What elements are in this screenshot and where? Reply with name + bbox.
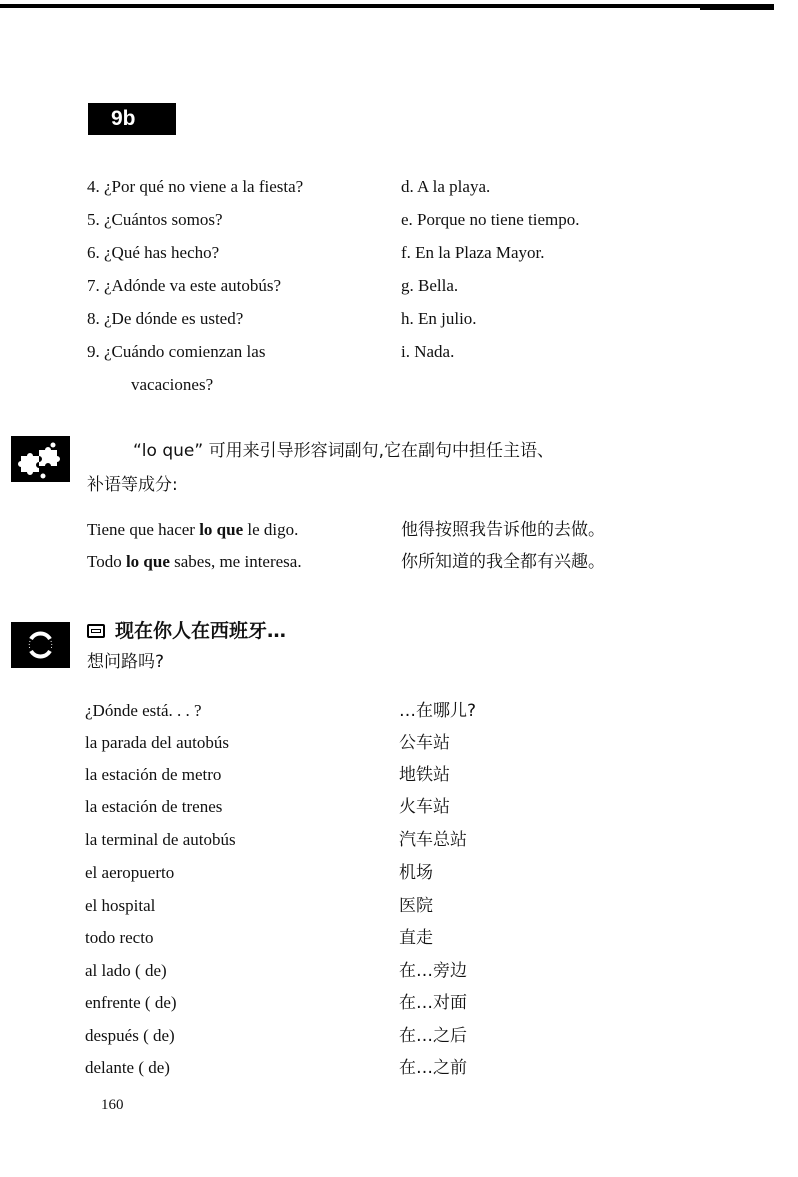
vocab-es-5: la terminal de autobús — [85, 830, 236, 850]
section-heading-text: 现在你人在西班牙… — [115, 618, 286, 644]
vocab-es-6: el aeropuerto — [85, 863, 174, 883]
vocab-zh-9: 在…旁边 — [399, 961, 467, 981]
example-bold: lo que — [126, 552, 170, 571]
section-heading: 现在你人在西班牙… — [87, 618, 286, 644]
vocab-zh-12: 在…之前 — [399, 1058, 467, 1078]
example-es-2: Todo lo que sabes, me interesa. — [87, 552, 302, 572]
vocab-zh-1: …在哪儿? — [399, 701, 476, 721]
answer-g: g. Bella. — [401, 276, 458, 296]
vocab-zh-4: 火车站 — [399, 797, 450, 817]
answer-d: d. A la playa. — [401, 177, 490, 197]
vocab-es-9: al lado ( de) — [85, 961, 167, 981]
section-subheading: 想问路吗? — [87, 650, 164, 674]
question-8: 8. ¿De dónde es usted? — [87, 309, 243, 329]
example-text: Todo — [87, 552, 126, 571]
question-7: 7. ¿Adónde va este autobús? — [87, 276, 281, 296]
example-es-1: Tiene que hacer lo que le digo. — [87, 520, 298, 540]
vocab-zh-10: 在…对面 — [399, 993, 467, 1013]
section-badge: 9b — [88, 103, 176, 135]
answer-e: e. Porque no tiene tiempo. — [401, 210, 579, 230]
example-zh-2: 你所知道的我全都有兴趣。 — [401, 552, 605, 572]
vocab-zh-11: 在…之后 — [399, 1026, 467, 1046]
vocab-es-3: la estación de metro — [85, 765, 221, 785]
puzzle-icon — [11, 436, 70, 482]
vocab-es-8: todo recto — [85, 928, 153, 948]
example-text: sabes, me interesa. — [170, 552, 302, 571]
example-text: le digo. — [243, 520, 298, 539]
vocab-es-10: enfrente ( de) — [85, 993, 177, 1013]
question-9-continuation: vacaciones? — [131, 375, 213, 395]
question-6: 6. ¿Qué has hecho? — [87, 243, 219, 263]
vocab-zh-2: 公车站 — [399, 733, 450, 753]
vocab-es-4: la estación de trenes — [85, 797, 222, 817]
example-text: Tiene que hacer — [87, 520, 199, 539]
question-9: 9. ¿Cuándo comienzan las — [87, 342, 265, 362]
vocab-es-12: delante ( de) — [85, 1058, 170, 1078]
answer-i: i. Nada. — [401, 342, 454, 362]
vocab-es-11: después ( de) — [85, 1026, 175, 1046]
vocab-es-7: el hospital — [85, 896, 155, 916]
cassette-icon — [87, 624, 105, 638]
vocab-es-2: la parada del autobús — [85, 733, 229, 753]
vocab-zh-6: 机场 — [399, 863, 433, 883]
example-bold: lo que — [199, 520, 243, 539]
page-number: 160 — [101, 1097, 124, 1114]
vocab-es-1: ¿Dónde está. . . ? — [85, 701, 202, 721]
vocab-zh-5: 汽车总站 — [399, 830, 467, 850]
vocab-zh-8: 直走 — [399, 928, 433, 948]
top-rule — [0, 4, 774, 8]
question-4: 4. ¿Por qué no viene a la fiesta? — [87, 177, 303, 197]
circle-arrows-icon — [11, 622, 70, 668]
example-zh-1: 他得按照我告诉他的去做。 — [401, 520, 605, 540]
answer-f: f. En la Plaza Mayor. — [401, 243, 545, 263]
grammar-note-line1: “lo que” 可用来引导形容词副句,它在副句中担任主语、 — [133, 440, 554, 462]
grammar-note-line2: 补语等成分: — [87, 474, 178, 496]
vocab-zh-7: 医院 — [399, 896, 433, 916]
answer-h: h. En julio. — [401, 309, 477, 329]
top-rule-tail — [700, 8, 774, 10]
vocab-zh-3: 地铁站 — [399, 765, 450, 785]
question-5: 5. ¿Cuántos somos? — [87, 210, 223, 230]
